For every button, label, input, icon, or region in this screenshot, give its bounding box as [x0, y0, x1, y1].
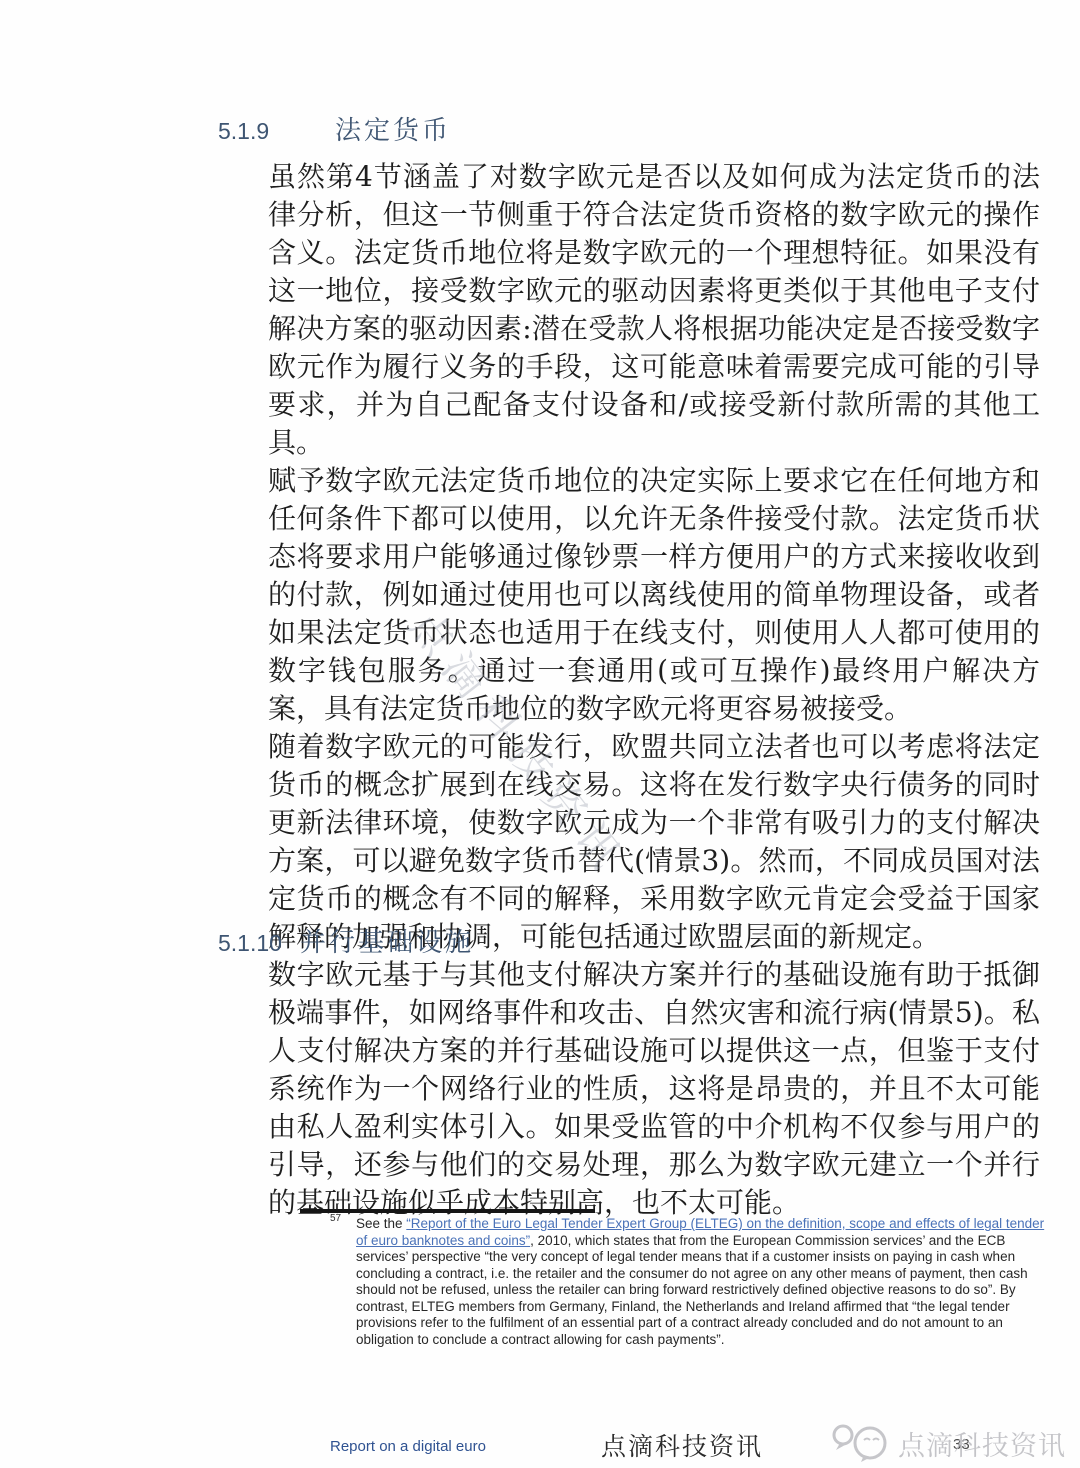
paragraph: 虽然第4节涵盖了对数字欧元是否以及如何成为法定货币的法律分析，但这一节侧重于符合… [268, 158, 1040, 462]
section-heading-5-1-9: 5.1.9法定货币 [218, 110, 451, 147]
section-number: 5.1.10 [218, 930, 300, 957]
footer-report-title: Report on a digital euro [330, 1438, 486, 1455]
section-title: 并行基础设施 [300, 928, 474, 958]
paragraph: 赋予数字欧元法定货币地位的决定实际上要求它在任何地方和任何条件下都可以使用，以允… [268, 462, 1040, 728]
chat-bubbles-logo-icon [830, 1419, 894, 1468]
document-page: 5.1.9法定货币 虽然第4节涵盖了对数字欧元是否以及如何成为法定货币的法律分析… [0, 0, 1080, 1468]
footnote-text: See the “Report of the Euro Legal Tender… [356, 1216, 1046, 1348]
section-number: 5.1.9 [218, 118, 335, 145]
footer-watermark-text: 点滴科技资讯 [898, 1424, 1066, 1463]
footnote-marker: 57 [330, 1213, 341, 1224]
section-heading-5-1-10: 5.1.10并行基础设施 [218, 922, 474, 959]
footnote-separator-rule [300, 1209, 595, 1213]
section-5-1-10-body: 数字欧元基于与其他支付解决方案并行的基础设施有助于抵御极端事件，如网络事件和攻击… [268, 956, 1040, 1222]
section-title: 法定货币 [335, 116, 451, 146]
footnote-prefix: See the [356, 1216, 406, 1231]
paragraph: 数字欧元基于与其他支付解决方案并行的基础设施有助于抵御极端事件，如网络事件和攻击… [268, 956, 1040, 1222]
footer-source-name: 点滴科技资讯 [601, 1427, 763, 1463]
section-5-1-9-body: 虽然第4节涵盖了对数字欧元是否以及如何成为法定货币的法律分析，但这一节侧重于符合… [268, 158, 1040, 956]
footnote-body: , 2010, which states that from the Europ… [356, 1233, 1028, 1347]
